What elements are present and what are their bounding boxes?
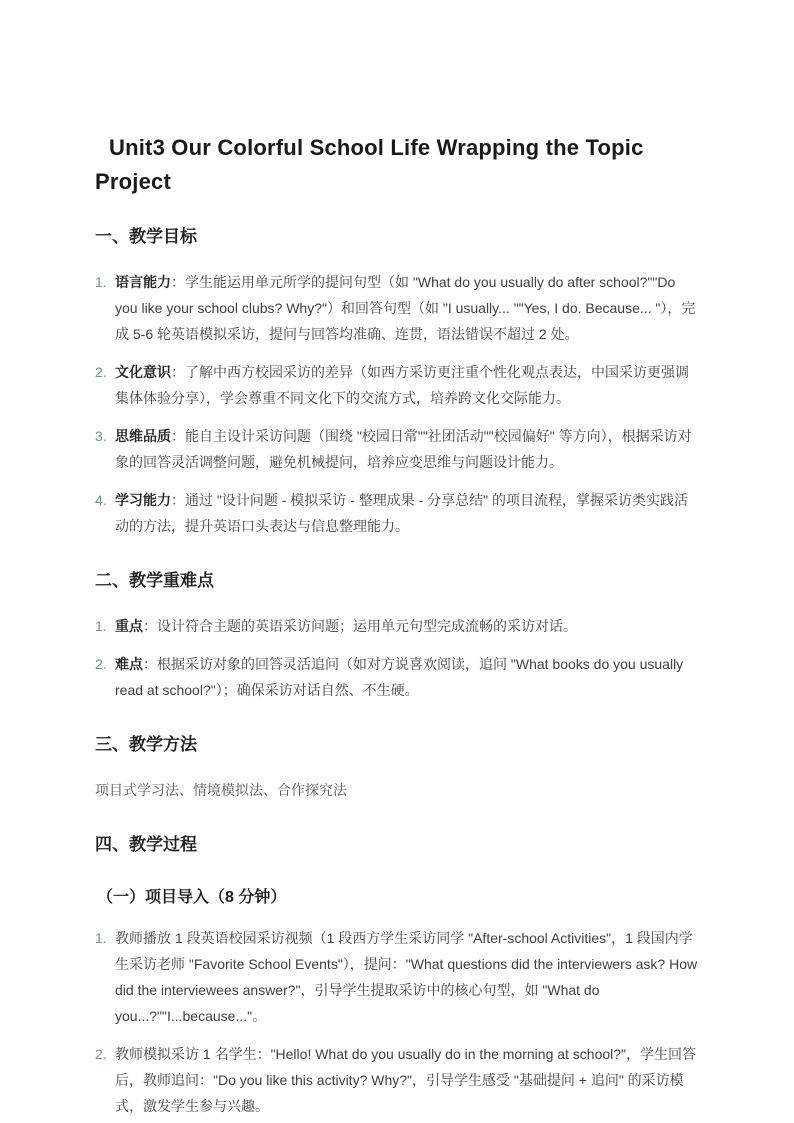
item-label: 思维品质: [115, 428, 171, 444]
list-item: 2. 教师模拟采访 1 名学生："Hello! What do you usua…: [95, 1041, 700, 1119]
item-number: 1.: [95, 269, 109, 347]
item-number: 2.: [95, 1041, 109, 1119]
item-content: 难点：根据采访对象的回答灵活追问（如对方说喜欢阅读，追问 "What books…: [115, 651, 700, 703]
item-label: 语言能力: [115, 274, 171, 290]
section-heading-objectives: 一、教学目标: [95, 225, 700, 249]
document-title-line2: Project: [95, 165, 700, 199]
item-text: 教师播放 1 段英语校园采访视频（1 段西方学生采访同学 "After-scho…: [115, 930, 697, 1024]
list-item: 2. 文化意识：了解中西方校园采访的差异（如西方采访更注重个性化观点表达，中国采…: [95, 359, 700, 411]
item-label: 重点: [115, 618, 143, 634]
list-item: 4. 学习能力：通过 "设计问题 - 模拟采访 - 整理成果 - 分享总结" 的…: [95, 487, 700, 539]
item-number: 1.: [95, 613, 109, 639]
document-title: Unit3 Our Colorful School Life Wrapping …: [95, 131, 700, 199]
methods-paragraph: 项目式学习法、情境模拟法、合作探究法: [95, 777, 700, 803]
section-heading-process: 四、教学过程: [95, 833, 700, 857]
item-content: 思维品质：能自主设计采访问题（围绕 "校园日常""社团活动""校园偏好" 等方向…: [115, 423, 700, 475]
item-label: 文化意识: [115, 364, 171, 380]
item-text: ：能自主设计采访问题（围绕 "校园日常""社团活动""校园偏好" 等方向），根据…: [115, 428, 692, 470]
item-number: 1.: [95, 925, 109, 1029]
item-number: 3.: [95, 423, 109, 475]
item-text: ：学生能运用单元所学的提问句型（如 "What do you usually d…: [115, 274, 695, 342]
subsection-heading-project-intro: （一）项目导入（8 分钟）: [95, 887, 700, 909]
section-heading-key-points: 二、教学重难点: [95, 569, 700, 593]
item-content: 重点：设计符合主题的英语采访问题；运用单元句型完成流畅的采访对话。: [115, 613, 700, 639]
list-item: 2. 难点：根据采访对象的回答灵活追问（如对方说喜欢阅读，追问 "What bo…: [95, 651, 700, 703]
item-label: 难点: [115, 656, 143, 672]
item-label: 学习能力: [115, 492, 171, 508]
key-points-list: 1. 重点：设计符合主题的英语采访问题；运用单元句型完成流畅的采访对话。 2. …: [95, 613, 700, 703]
item-content: 学习能力：通过 "设计问题 - 模拟采访 - 整理成果 - 分享总结" 的项目流…: [115, 487, 700, 539]
list-item: 1. 教师播放 1 段英语校园采访视频（1 段西方学生采访同学 "After-s…: [95, 925, 700, 1029]
list-item: 3. 思维品质：能自主设计采访问题（围绕 "校园日常""社团活动""校园偏好" …: [95, 423, 700, 475]
item-number: 4.: [95, 487, 109, 539]
process-list: 1. 教师播放 1 段英语校园采访视频（1 段西方学生采访同学 "After-s…: [95, 925, 700, 1119]
item-text: ：根据采访对象的回答灵活追问（如对方说喜欢阅读，追问 "What books d…: [115, 656, 683, 698]
item-content: 语言能力：学生能运用单元所学的提问句型（如 "What do you usual…: [115, 269, 700, 347]
item-number: 2.: [95, 359, 109, 411]
item-text: ：设计符合主题的英语采访问题；运用单元句型完成流畅的采访对话。: [143, 618, 577, 634]
item-content: 文化意识：了解中西方校园采访的差异（如西方采访更注重个性化观点表达，中国采访更强…: [115, 359, 700, 411]
objectives-list: 1. 语言能力：学生能运用单元所学的提问句型（如 "What do you us…: [95, 269, 700, 539]
list-item: 1. 语言能力：学生能运用单元所学的提问句型（如 "What do you us…: [95, 269, 700, 347]
list-item: 1. 重点：设计符合主题的英语采访问题；运用单元句型完成流畅的采访对话。: [95, 613, 700, 639]
item-text: 教师模拟采访 1 名学生："Hello! What do you usually…: [115, 1046, 696, 1114]
item-text: ：了解中西方校园采访的差异（如西方采访更注重个性化观点表达，中国采访更强调集体体…: [115, 364, 689, 406]
document-title-line1: Unit3 Our Colorful School Life Wrapping …: [95, 131, 700, 165]
section-heading-methods: 三、教学方法: [95, 733, 700, 757]
document-page: Unit3 Our Colorful School Life Wrapping …: [0, 0, 794, 1123]
item-content: 教师模拟采访 1 名学生："Hello! What do you usually…: [115, 1041, 700, 1119]
item-text: ：通过 "设计问题 - 模拟采访 - 整理成果 - 分享总结" 的项目流程，掌握…: [115, 492, 688, 534]
item-content: 教师播放 1 段英语校园采访视频（1 段西方学生采访同学 "After-scho…: [115, 925, 700, 1029]
item-number: 2.: [95, 651, 109, 703]
